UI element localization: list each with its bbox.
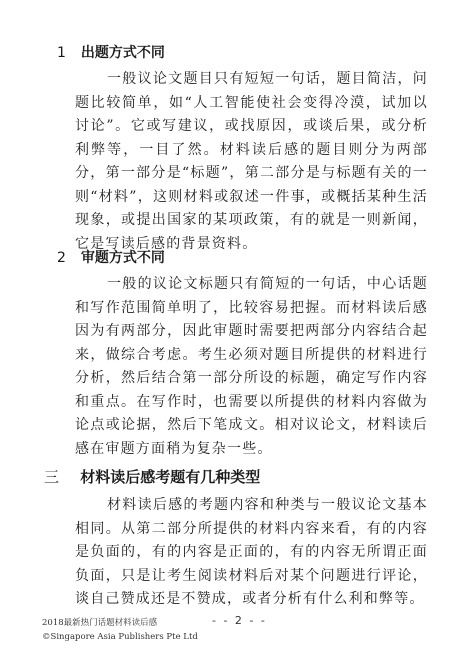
footer: 2018最新热门话题材料读后感 ©Singapore Asia Publishe… — [42, 616, 198, 644]
chapter-paragraph: 材料读后感的考题内容和种类与一般议论文基本相同。从第二部分所提供的材料内容来看，… — [75, 494, 428, 612]
section-heading-2: 2 审题方式不同 — [57, 247, 165, 267]
book-title: 2018最新热门话题材料读后感 — [42, 616, 198, 630]
chapter-title: 材料读后感考题有几种类型 — [80, 468, 260, 486]
section-paragraph-2: 一般的议论文标题只有简短的一句话，中心话题和写作范围简单明了，比较容易把握。而材… — [75, 273, 428, 461]
section-paragraph-1: 一般议论文题目只有短短一句话，题目简洁，问题比较简单，如“人工智能使社会变得冷漠… — [75, 68, 428, 256]
copyright: ©Singapore Asia Publishers Pte Ltd — [42, 630, 198, 644]
chapter-number: 三 — [44, 466, 75, 487]
section-heading-1: 1 出题方式不同 — [57, 42, 165, 62]
section-number: 1 — [57, 45, 76, 61]
section-title: 出题方式不同 — [81, 45, 165, 61]
chapter-heading: 三 材料读后感考题有几种类型 — [44, 466, 260, 487]
page-number: - - 2 - - — [212, 614, 267, 627]
section-number: 2 — [57, 250, 76, 266]
document-page: 1 出题方式不同 一般议论文题目只有短短一句话，题目简洁，问题比较简单，如“人工… — [0, 0, 474, 665]
section-title: 审题方式不同 — [81, 250, 165, 266]
